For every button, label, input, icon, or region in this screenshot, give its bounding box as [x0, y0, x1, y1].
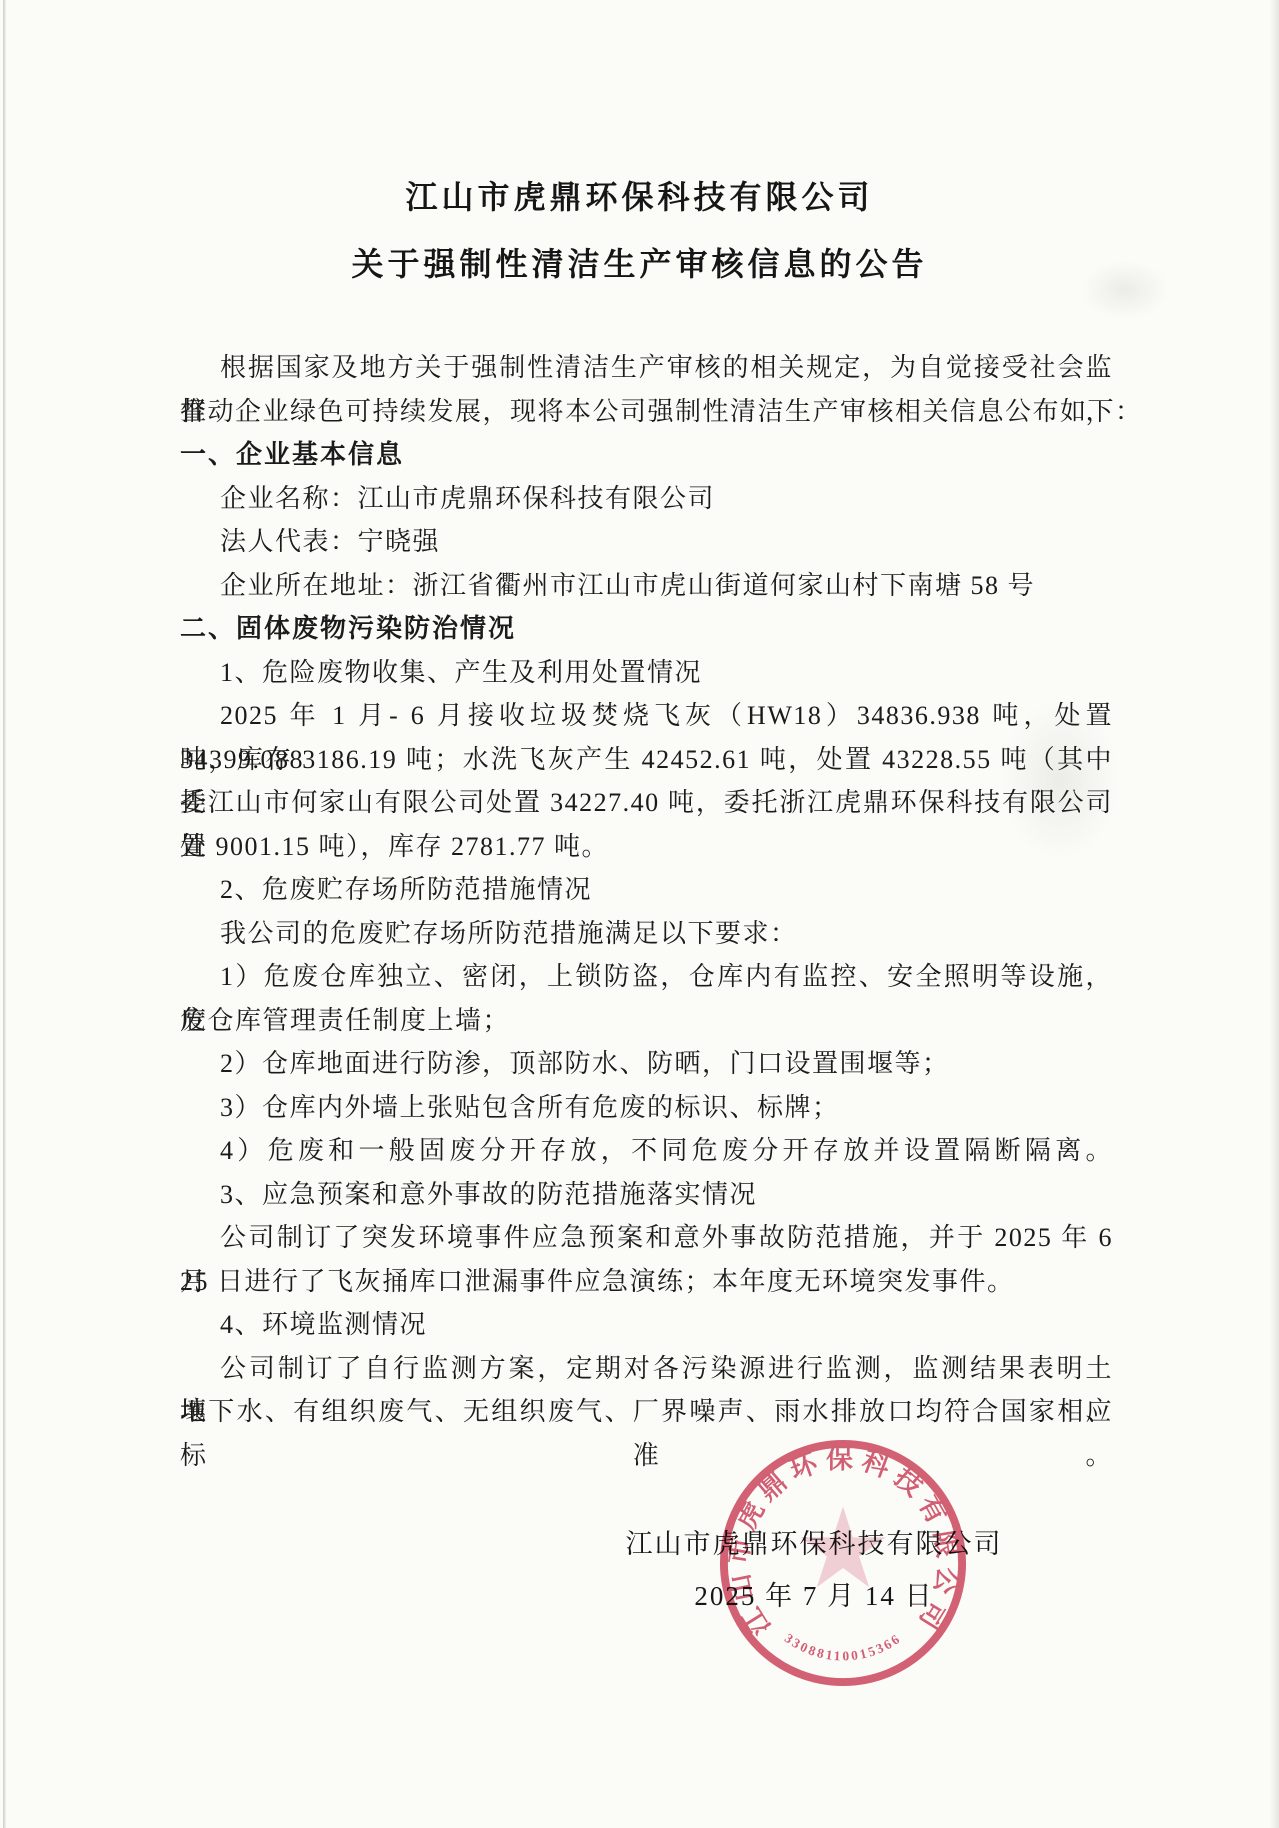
- subsection-heading: 3、应急预案和意外事故的防范措施落实情况: [180, 1173, 1113, 1217]
- document-body: 根据国家及地方关于强制性清洁生产审核的相关规定，为自觉接受社会监督， 推动企业绿…: [180, 346, 1113, 1434]
- body-line: 公司制订了突发环境事件应急预案和意外事故防范措施，并于 2025 年 6 月: [180, 1216, 1113, 1260]
- body-line: 推动企业绿色可持续发展，现将本公司强制性清洁生产审核相关信息公布如下：: [180, 390, 1113, 434]
- subsection-heading: 1、危险废物收集、产生及利用处置情况: [180, 651, 1113, 695]
- body-line: 公司制订了自行监测方案，定期对各污染源进行监测，监测结果表明土壤、: [180, 1347, 1113, 1391]
- body-line: 托江山市何家山有限公司处置 34227.40 吨，委托浙江虎鼎环保科技有限公司处: [180, 781, 1113, 825]
- body-line: 4）危废和一般固废分开存放，不同危废分开存放并设置隔断隔离。: [180, 1129, 1113, 1173]
- star-icon: [801, 1506, 886, 1587]
- document-title-line1: 江山市虎鼎环保科技有限公司: [0, 172, 1279, 218]
- body-line: 2025 年 1 月- 6 月接收垃圾焚烧飞灰（HW18）34836.938 吨…: [180, 694, 1113, 738]
- seal-number-text: 33088110015366: [782, 1630, 904, 1663]
- body-line: 企业所在地址：浙江省衢州市江山市虎山街道何家山村下南塘 58 号: [180, 564, 1113, 608]
- body-line: 1）危废仓库独立、密闭，上锁防盗，仓库内有监控、安全照明等设施，危: [180, 955, 1113, 999]
- section-heading-1: 一、企业基本信息: [180, 433, 1113, 477]
- section-heading-2: 二、固体废物污染防治情况: [180, 607, 1113, 651]
- body-line: 地下水、有组织废气、无组织废气、厂界噪声、雨水排放口均符合国家相应标准。: [180, 1390, 1113, 1434]
- body-line: 法人代表：宁晓强: [180, 520, 1113, 564]
- body-line: 我公司的危废贮存场所防范措施满足以下要求：: [180, 912, 1113, 956]
- body-line: 废仓库管理责任制度上墙；: [180, 999, 1113, 1043]
- body-line: 3）仓库内外墙上张贴包含所有危废的标识、标牌；: [180, 1086, 1113, 1130]
- body-line: 置 9001.15 吨），库存 2781.77 吨。: [180, 825, 1113, 869]
- body-line: 企业名称：江山市虎鼎环保科技有限公司: [180, 477, 1113, 521]
- subsection-heading: 2、危废贮存场所防范措施情况: [180, 868, 1113, 912]
- document-title-line2: 关于强制性清洁生产审核信息的公告: [0, 239, 1279, 285]
- company-seal: 江山市虎鼎环保科技有限公司 33088110015366: [714, 1434, 972, 1692]
- body-line: 吨，库存 3186.19 吨；水洗飞灰产生 42452.61 吨，处置 4322…: [180, 738, 1113, 782]
- scanned-document-page: 江山市虎鼎环保科技有限公司 关于强制性清洁生产审核信息的公告 根据国家及地方关于…: [0, 0, 1279, 1828]
- body-line: 根据国家及地方关于强制性清洁生产审核的相关规定，为自觉接受社会监督，: [180, 346, 1113, 390]
- subsection-heading: 4、环境监测情况: [180, 1303, 1113, 1347]
- body-line: 2）仓库地面进行防渗，顶部防水、防晒，门口设置围堰等；: [180, 1042, 1113, 1086]
- body-line: 25 日进行了飞灰捅库口泄漏事件应急演练；本年度无环境突发事件。: [180, 1260, 1113, 1304]
